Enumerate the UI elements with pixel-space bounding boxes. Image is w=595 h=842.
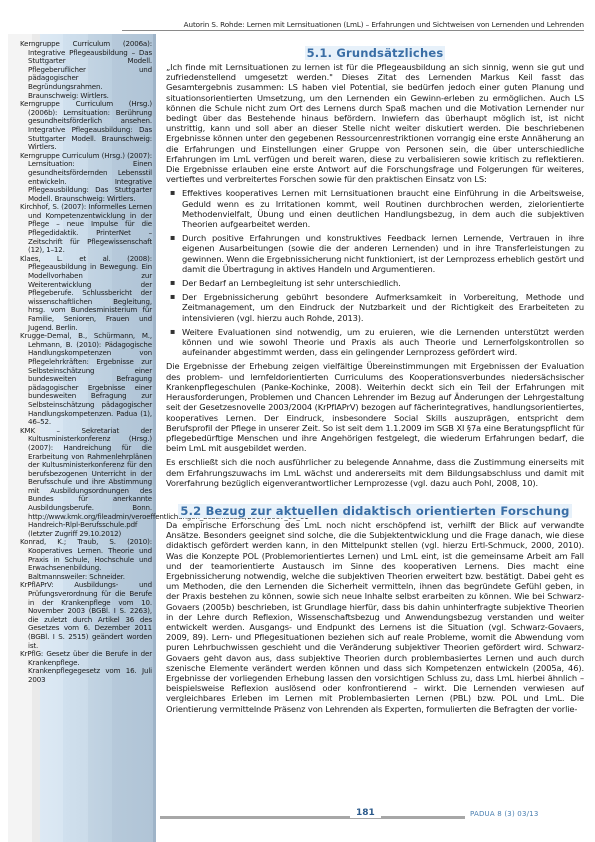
reference-item: Krugge-Demal, B., Schürmann, M., Lehmann… (20, 332, 152, 427)
reference-item: Konrad, K.; Traub, S. (2010): Kooperativ… (20, 538, 152, 581)
list-item: Der Bedarf an Lernbegleitung ist sehr un… (182, 278, 584, 288)
reference-item: KMK – Sekretariat der Kultusministerkonf… (20, 427, 152, 539)
reference-item: KrPflAPrV: Ausbildungs- und Prüfungsvero… (20, 581, 152, 650)
paragraph: Es erschließt sich die noch ausführliche… (166, 457, 584, 488)
section-heading-5-2: 5.2 Bezug zur aktuellen didaktisch orien… (166, 504, 584, 518)
reference-item: Kerngruppe Curriculum (Hrsg.) (2007): Le… (20, 152, 152, 204)
running-header: Autorin S. Rohde: Lernen mit Lernsituati… (122, 20, 584, 31)
sidebar-edge (153, 34, 156, 842)
reference-item: KrPflG: Gesetz über die Berufe in der Kr… (20, 650, 152, 684)
journal-issue: PADUA 8 (3) 03/13 (470, 810, 538, 818)
reference-item: Klaes, L. et al. (2008): Pflegeausbildun… (20, 255, 152, 332)
section-heading-5-1: 5.1. Grundsätzliches (166, 46, 584, 60)
section-1-intro: „Ich finde mit Lernsituationen zu lernen… (166, 62, 584, 184)
main-column: 5.1. Grundsätzliches „Ich finde mit Lern… (166, 46, 584, 718)
page-number: 181 (350, 808, 381, 818)
findings-list: Effektives kooperatives Lernen mit Lerns… (166, 188, 584, 357)
paragraph: Die Ergebnisse der Erhebung zeigen vielf… (166, 361, 584, 453)
list-item: Effektives kooperatives Lernen mit Lerns… (182, 188, 584, 229)
reference-item: Kerngruppe Curriculum (Hrsg.) (2006b): L… (20, 100, 152, 152)
reference-item: Kirchhof, S. (2007): Informelles Lernen … (20, 203, 152, 255)
list-item: Durch positive Erfahrungen und konstrukt… (182, 233, 584, 274)
list-item: Weitere Evaluationen sind notwendig, um … (182, 327, 584, 358)
footer-rule (160, 816, 465, 819)
list-item: Der Ergebnissicherung gebührt besondere … (182, 292, 584, 323)
section-2-text: Da empirische Erforschung des LmL noch n… (166, 520, 584, 714)
reference-list: Kerngruppe Curriculum (2006a): Integrati… (20, 40, 152, 685)
reference-item: Kerngruppe Curriculum (2006a): Integrati… (20, 40, 152, 100)
